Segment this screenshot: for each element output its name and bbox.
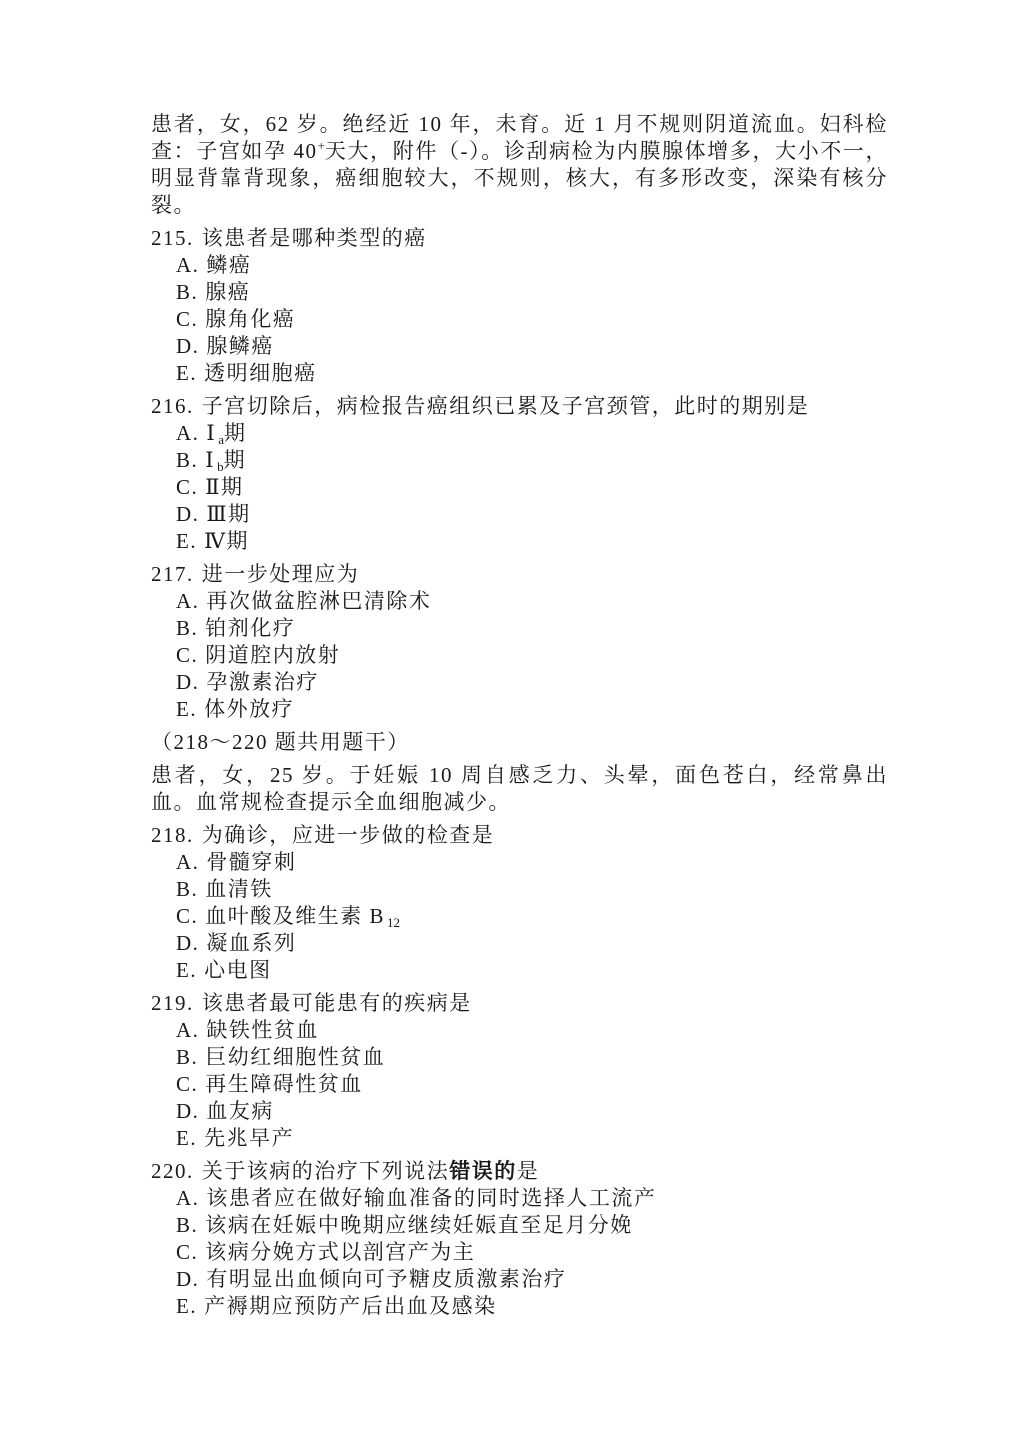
text-run: 体外放疗 xyxy=(204,697,294,721)
question-number: 215. xyxy=(151,226,194,250)
text-run: Ⅳ期 xyxy=(204,529,249,553)
question-number: 219. xyxy=(151,991,194,1015)
option-label: A. xyxy=(176,1186,199,1210)
text-run: 错误的 xyxy=(449,1159,517,1183)
text-run: a xyxy=(218,432,224,447)
option-label: B. xyxy=(176,616,198,640)
option-label: D. xyxy=(176,1099,199,1123)
option-label: E. xyxy=(176,697,197,721)
text-run: Ⅱ期 xyxy=(205,475,243,499)
text-run: b xyxy=(217,459,224,474)
option-217-D: D.孕激素治疗 xyxy=(151,669,888,696)
option-216-B: B.Ⅰb期 xyxy=(151,447,888,474)
text-run: 该患者最可能患有的疾病是 xyxy=(202,991,472,1015)
question-title: 217.进一步处理应为 xyxy=(151,561,888,588)
option-label: D. xyxy=(176,502,199,526)
option-label: D. xyxy=(176,670,199,694)
option-215-C: C.腺角化癌 xyxy=(151,306,888,333)
question-218: 218.为确诊，应进一步做的检查是A.骨髓穿刺B.血清铁C.血叶酸及维生素 B1… xyxy=(151,822,888,984)
text-run: Ⅰ xyxy=(205,448,215,472)
text-run: 先兆早产 xyxy=(204,1126,294,1150)
text-run: 孕激素治疗 xyxy=(206,670,319,694)
text-run: 骨髓穿刺 xyxy=(206,850,296,874)
option-215-A: A.鳞癌 xyxy=(151,252,888,279)
option-label: E. xyxy=(176,1294,197,1318)
option-label: A. xyxy=(176,850,199,874)
option-215-B: B.腺癌 xyxy=(151,279,888,306)
text-run: 透明细胞癌 xyxy=(204,361,317,385)
text-run: 关于该病的治疗下列说法 xyxy=(202,1159,450,1183)
text-run: 再次做盆腔淋巴清除术 xyxy=(206,589,431,613)
text-run: 12 xyxy=(387,915,400,930)
option-label: A. xyxy=(176,421,199,445)
text-run: （218～220 题共用题干） xyxy=(151,730,410,754)
option-219-C: C.再生障碍性贫血 xyxy=(151,1071,888,1098)
text-run: Ⅰ xyxy=(206,421,216,445)
option-218-B: B.血清铁 xyxy=(151,876,888,903)
text-run: 巨幼红细胞性贫血 xyxy=(205,1045,385,1069)
text-run: 血清铁 xyxy=(205,877,273,901)
option-label: C. xyxy=(176,307,198,331)
option-220-A: A.该患者应在做好输血准备的同时选择人工流产 xyxy=(151,1185,888,1212)
text-run: 凝血系列 xyxy=(206,931,296,955)
text-run: 为确诊，应进一步做的检查是 xyxy=(202,823,495,847)
text-run: 有明显出血倾向可予糖皮质激素治疗 xyxy=(206,1267,566,1291)
question-217: 217.进一步处理应为A.再次做盆腔淋巴清除术B.铂剂化疗C.阴道腔内放射D.孕… xyxy=(151,561,888,723)
option-215-E: E.透明细胞癌 xyxy=(151,360,888,387)
option-219-D: D.血友病 xyxy=(151,1098,888,1125)
question-number: 220. xyxy=(151,1159,194,1183)
option-label: A. xyxy=(176,1018,199,1042)
option-216-D: D.Ⅲ期 xyxy=(151,501,888,528)
text-run: 再生障碍性贫血 xyxy=(205,1072,363,1096)
option-215-D: D.腺鳞癌 xyxy=(151,333,888,360)
option-label: B. xyxy=(176,1045,198,1069)
text-run: 患者，女，25 岁。于妊娠 10 周自感乏力、头晕，面色苍白，经常鼻出血。血常规… xyxy=(151,763,888,814)
option-label: C. xyxy=(176,1240,198,1264)
option-220-E: E.产褥期应预防产后出血及感染 xyxy=(151,1293,888,1320)
option-217-B: B.铂剂化疗 xyxy=(151,615,888,642)
option-218-E: E.心电图 xyxy=(151,957,888,984)
option-220-C: C.该病分娩方式以剖宫产为主 xyxy=(151,1239,888,1266)
text-run: 阴道腔内放射 xyxy=(205,643,340,667)
option-label: E. xyxy=(176,529,197,553)
text-run: + xyxy=(317,138,324,153)
option-220-B: B.该病在妊娠中晚期应继续妊娠直至足月分娩 xyxy=(151,1212,888,1239)
question-title: 216.子宫切除后，病检报告癌组织已累及子宫颈管，此时的期别是 xyxy=(151,393,888,420)
text-run: 血叶酸及维生素 B xyxy=(205,904,385,928)
text-run: 子宫切除后，病检报告癌组织已累及子宫颈管，此时的期别是 xyxy=(202,394,810,418)
question-220: 220.关于该病的治疗下列说法错误的是A.该患者应在做好输血准备的同时选择人工流… xyxy=(151,1158,888,1320)
question-216: 216.子宫切除后，病检报告癌组织已累及子宫颈管，此时的期别是A.Ⅰa期B.Ⅰb… xyxy=(151,393,888,555)
text-run: 腺鳞癌 xyxy=(206,334,274,358)
option-216-A: A.Ⅰa期 xyxy=(151,420,888,447)
text-run: 进一步处理应为 xyxy=(202,562,360,586)
option-label: B. xyxy=(176,448,198,472)
question-number: 217. xyxy=(151,562,194,586)
option-label: E. xyxy=(176,958,197,982)
question-219: 219.该患者最可能患有的疾病是A.缺铁性贫血B.巨幼红细胞性贫血C.再生障碍性… xyxy=(151,990,888,1152)
option-219-A: A.缺铁性贫血 xyxy=(151,1017,888,1044)
text-run: 缺铁性贫血 xyxy=(206,1018,319,1042)
option-217-A: A.再次做盆腔淋巴清除术 xyxy=(151,588,888,615)
option-label: A. xyxy=(176,589,199,613)
text-run: 期 xyxy=(224,421,247,445)
option-220-D: D.有明显出血倾向可予糖皮质激素治疗 xyxy=(151,1266,888,1293)
shared-stem-header: （218～220 题共用题干） xyxy=(151,729,888,756)
question-number: 216. xyxy=(151,394,194,418)
option-218-C: C.血叶酸及维生素 B12 xyxy=(151,903,888,930)
question-215: 215.该患者是哪种类型的癌A.鳞癌B.腺癌C.腺角化癌D.腺鳞癌E.透明细胞癌 xyxy=(151,225,888,387)
question-title: 215.该患者是哪种类型的癌 xyxy=(151,225,888,252)
option-label: D. xyxy=(176,931,199,955)
option-label: B. xyxy=(176,877,198,901)
option-label: C. xyxy=(176,904,198,928)
case-stem-215-217: 患者，女，62 岁。绝经近 10 年，未育。近 1 月不规则阴道流血。妇科检查：… xyxy=(151,111,888,219)
option-216-C: C.Ⅱ期 xyxy=(151,474,888,501)
text-run: 该病分娩方式以剖宫产为主 xyxy=(205,1240,475,1264)
option-218-D: D.凝血系列 xyxy=(151,930,888,957)
text-run: 该病在妊娠中晚期应继续妊娠直至足月分娩 xyxy=(205,1213,633,1237)
option-219-B: B.巨幼红细胞性贫血 xyxy=(151,1044,888,1071)
question-title: 218.为确诊，应进一步做的检查是 xyxy=(151,822,888,849)
text-run: 心电图 xyxy=(204,958,272,982)
document-content: 患者，女，62 岁。绝经近 10 年，未育。近 1 月不规则阴道流血。妇科检查：… xyxy=(151,111,888,1320)
text-run: 腺癌 xyxy=(205,280,250,304)
exam-document-page: 患者，女，62 岁。绝经近 10 年，未育。近 1 月不规则阴道流血。妇科检查：… xyxy=(0,0,1023,1447)
text-run: 期 xyxy=(224,448,247,472)
option-label: A. xyxy=(176,253,199,277)
text-run: 该患者应在做好输血准备的同时选择人工流产 xyxy=(206,1186,656,1210)
text-run: 腺角化癌 xyxy=(205,307,295,331)
question-number: 218. xyxy=(151,823,194,847)
option-label: C. xyxy=(176,1072,198,1096)
option-label: D. xyxy=(176,1267,199,1291)
option-label: B. xyxy=(176,1213,198,1237)
option-218-A: A.骨髓穿刺 xyxy=(151,849,888,876)
question-title: 219.该患者最可能患有的疾病是 xyxy=(151,990,888,1017)
option-216-E: E.Ⅳ期 xyxy=(151,528,888,555)
text-run: 该患者是哪种类型的癌 xyxy=(202,226,427,250)
option-label: D. xyxy=(176,334,199,358)
text-run: 血友病 xyxy=(206,1099,274,1123)
case-stem-218-220: 患者，女，25 岁。于妊娠 10 周自感乏力、头晕，面色苍白，经常鼻出血。血常规… xyxy=(151,762,888,816)
text-run: 产褥期应预防产后出血及感染 xyxy=(204,1294,497,1318)
option-label: E. xyxy=(176,1126,197,1150)
option-217-E: E.体外放疗 xyxy=(151,696,888,723)
text-run: Ⅲ期 xyxy=(206,502,250,526)
text-run: 是 xyxy=(517,1159,540,1183)
text-run: 鳞癌 xyxy=(206,253,251,277)
text-run: 铂剂化疗 xyxy=(205,616,295,640)
question-title: 220.关于该病的治疗下列说法错误的是 xyxy=(151,1158,888,1185)
option-217-C: C.阴道腔内放射 xyxy=(151,642,888,669)
option-label: B. xyxy=(176,280,198,304)
option-label: C. xyxy=(176,475,198,499)
option-label: E. xyxy=(176,361,197,385)
option-219-E: E.先兆早产 xyxy=(151,1125,888,1152)
option-label: C. xyxy=(176,643,198,667)
